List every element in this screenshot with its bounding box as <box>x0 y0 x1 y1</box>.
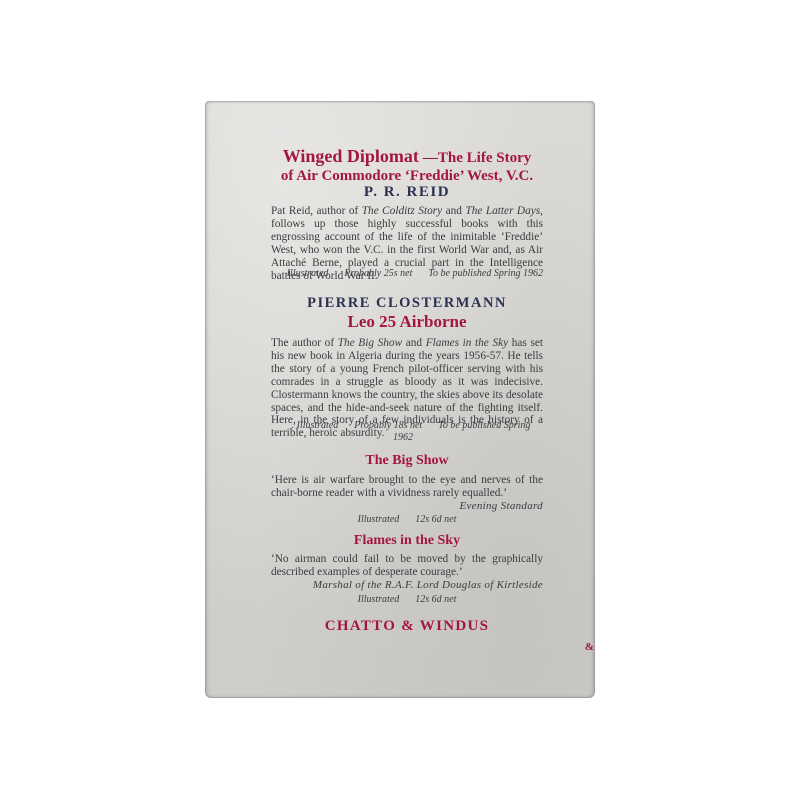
leo-25-airborne-title: Leo 25 Airborne <box>271 312 543 332</box>
leo-25-airborne-meta: . IllustratedProbably 18s netTo be publi… <box>271 420 543 444</box>
flames-in-the-sky-meta: Illustrated12s 6d net <box>271 594 543 606</box>
blurb-book-title: The Big Show <box>338 337 402 349</box>
blurb-text: The author of <box>271 337 338 349</box>
meta-illustrated: Illustrated <box>358 594 400 605</box>
winged-diplomat-subtitle-2: of Air Commodore ‘Freddie’ West, V.C. <box>271 167 543 185</box>
winged-diplomat-meta: IllustratedProbably 25s netTo be publish… <box>271 268 543 280</box>
big-show-meta: Illustrated12s 6d net <box>271 514 543 526</box>
blurb-book-title: The Colditz Story <box>362 205 442 217</box>
blurb-text: and <box>402 337 426 349</box>
meta-price: 12s 6d net <box>415 594 456 605</box>
meta-illustrated: Illustrated <box>358 514 400 525</box>
big-show-title: The Big Show <box>271 453 543 469</box>
meta-price: 12s 6d net <box>415 514 456 525</box>
winged-diplomat-title: Winged Diplomat <box>283 146 419 166</box>
meta-illustrated: . Illustrated <box>292 420 339 431</box>
book-back-cover: Winged Diplomat —The Life Story of Air C… <box>205 101 595 698</box>
blurb-text: and <box>442 205 465 217</box>
big-show-quote: ‘Here is air warfare brought to the eye … <box>271 474 543 500</box>
meta-price: Probably 18s net <box>354 420 422 431</box>
flames-in-the-sky-attribution: Marshal of the R.A.F. Lord Douglas of Ki… <box>271 579 543 592</box>
publisher-name: CHATTO & WINDUS <box>271 618 543 635</box>
blurb-book-title: The Latter Days <box>465 205 540 217</box>
blurb-book-title: Flames in the Sky <box>426 337 508 349</box>
spine-mark: & <box>585 641 594 653</box>
winged-diplomat-subtitle: —The Life Story <box>423 150 531 166</box>
author-reid: P. R. REID <box>271 184 543 201</box>
blurb-text: Pat Reid, author of <box>271 205 362 217</box>
meta-illustrated: Illustrated <box>287 268 329 279</box>
author-clostermann: PIERRE CLOSTERMANN <box>271 295 543 312</box>
meta-price: Probably 25s net <box>344 268 412 279</box>
flames-in-the-sky-title: Flames in the Sky <box>271 533 543 549</box>
meta-publish-date: To be published Spring 1962 <box>428 268 543 279</box>
winged-diplomat-heading: Winged Diplomat —The Life Story of Air C… <box>271 147 543 185</box>
big-show-attribution: Evening Standard <box>271 500 543 513</box>
flames-in-the-sky-quote: ‘No airman could fail to be moved by the… <box>271 553 543 579</box>
